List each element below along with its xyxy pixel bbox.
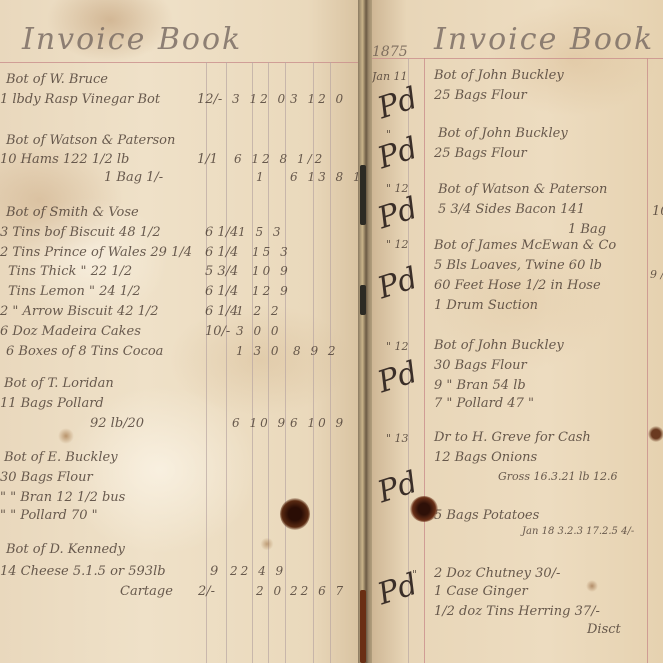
entry-line: Disct xyxy=(587,622,621,637)
entry-line: 92 lb/20 xyxy=(90,416,144,431)
entry-line: 10 Hams 122 1/2 lb xyxy=(0,152,129,167)
entry-rate: 5 3/4 xyxy=(205,264,238,279)
entry-line: 2 Doz Chutney 30/- xyxy=(434,566,560,581)
entry-rate: 6 1/4 xyxy=(205,304,238,319)
entry-heading: Bot of Watson & Paterson xyxy=(6,133,175,148)
column-rule xyxy=(330,62,331,663)
entry-total: 6 13 8 1/2 xyxy=(290,170,362,184)
paid-mark: Pd xyxy=(374,355,422,400)
entry-date: " 13 xyxy=(386,432,409,445)
entry-amount: 12 9 xyxy=(252,284,291,298)
entry-amount: 22 4 9 xyxy=(230,564,286,578)
entry-line: 5 Bags Potatoes xyxy=(434,508,539,523)
entry-line: 1 Drum Suction xyxy=(434,298,538,313)
water-stain xyxy=(58,428,74,444)
entry-heading: Bot of Smith & Vose xyxy=(6,205,139,220)
entry-heading: Bot of D. Kennedy xyxy=(6,542,125,557)
entry-total: 22 6 7 xyxy=(290,584,346,598)
entry-line: 9 " Bran 54 lb xyxy=(434,378,526,393)
entry-heading: Bot of John Buckley xyxy=(434,338,564,353)
entry-line: Tins Lemon " 24 1/2 xyxy=(8,284,141,299)
ink-stain xyxy=(280,498,310,530)
entry-rate: 6 1/4 xyxy=(205,225,238,240)
water-stain xyxy=(260,538,274,550)
entry-line: 1 Case Ginger xyxy=(434,584,528,599)
entry-line: 11 Bags Pollard xyxy=(0,396,104,411)
entry-amount: 9 / 4/6 xyxy=(650,268,663,281)
entry-line: 2 Tins Prince of Wales 29 1/4 xyxy=(0,245,192,260)
entry-line: Gross 16.3.21 lb 12.6 xyxy=(498,470,618,483)
entry-heading: Bot of E. Buckley xyxy=(4,450,118,465)
paid-mark: Pd xyxy=(374,131,422,176)
entry-heading: Bot of John Buckley xyxy=(438,126,568,141)
water-stain xyxy=(586,580,598,592)
binding-damage xyxy=(360,165,366,225)
entry-amount: 15 3 xyxy=(252,245,291,259)
entry-total: 3 12 0 xyxy=(290,92,346,106)
entry-rate: 10/- xyxy=(205,324,230,339)
entry-line: Tins Thick " 22 1/2 xyxy=(8,264,132,279)
entry-date: " 12 xyxy=(386,340,409,353)
entry-heading: Bot of John Buckley xyxy=(434,68,564,83)
entry-amount: 3 0 0 xyxy=(236,324,282,338)
entry-line: 25 Bags Flour xyxy=(434,146,527,161)
binding-damage xyxy=(360,590,366,663)
header-rule xyxy=(0,62,362,63)
header-rule xyxy=(372,58,663,59)
entry-rate: 6 1/4 xyxy=(205,284,238,299)
margin-rule xyxy=(424,58,425,663)
entry-total: 8 9 2 xyxy=(293,344,339,358)
entry-line: 6 Doz Madeira Cakes xyxy=(0,324,141,339)
entry-total: 6 10 9 xyxy=(290,416,346,430)
entry-amount: 1 xyxy=(256,170,267,184)
entry-amount: 3 12 0 xyxy=(232,92,288,106)
paid-mark: Pd xyxy=(374,261,422,306)
entry-line: Cartage xyxy=(120,584,173,599)
entry-line: 60 Feet Hose 1/2 in Hose xyxy=(434,278,601,293)
entry-line: 30 Bags Flour xyxy=(0,470,93,485)
column-rule xyxy=(226,62,227,663)
entry-rate: 6 1/4 xyxy=(205,245,238,260)
left-page: Invoice Book Bot of W. Bruce 1 lbdy Rasp… xyxy=(0,0,362,663)
entry-line: 7 " Pollard 47 " xyxy=(434,396,534,411)
entry-amount: 10 xyxy=(652,204,663,219)
entry-line: 1 lbdy Rasp Vinegar Bot xyxy=(0,92,160,107)
entry-amount: 1 3 0 xyxy=(236,344,282,358)
entry-date: Jan 11 xyxy=(372,70,408,83)
paid-mark: Pd xyxy=(374,81,422,126)
binding-damage xyxy=(360,285,366,315)
entry-heading: Dr to H. Greve for Cash xyxy=(434,430,591,445)
entry-line: 25 Bags Flour xyxy=(434,88,527,103)
right-page-title: Invoice Book xyxy=(434,22,654,57)
entry-line: " " Pollard 70 " xyxy=(0,508,98,523)
entry-amount: 6 12 8 1/2 xyxy=(234,152,325,166)
entry-line: 1 Bag xyxy=(568,222,606,237)
invoice-book-spread: Invoice Book Bot of W. Bruce 1 lbdy Rasp… xyxy=(0,0,663,663)
entry-heading: Bot of T. Loridan xyxy=(4,376,114,391)
paid-mark: Pd xyxy=(374,191,422,236)
entry-amount: 1 5 3 xyxy=(238,225,284,239)
right-page: 1875 Invoice Book Jan 11 Pd Bot of John … xyxy=(372,0,663,663)
amount-column-rule xyxy=(647,58,648,663)
entry-date: " 12 xyxy=(386,238,409,251)
entry-heading: Bot of Watson & Paterson xyxy=(438,182,607,197)
entry-line: 12 Bags Onions xyxy=(434,450,537,465)
entry-heading: Bot of James McEwan & Co xyxy=(434,238,616,253)
ink-stain xyxy=(648,426,663,442)
entry-rate: 12/- xyxy=(197,92,222,107)
entry-line: Jan 18 3.2.3 17.2.5 4/- xyxy=(522,526,634,537)
entry-rate: 2/- xyxy=(198,584,215,599)
entry-line: 1/2 doz Tins Herring 37/- xyxy=(434,604,600,619)
ink-stain xyxy=(410,496,438,522)
entry-line: 14 Cheese 5.1.5 or 593lb xyxy=(0,564,166,579)
entry-line: 1 Bag 1/- xyxy=(104,170,163,185)
entry-amount: 6 10 9 xyxy=(232,416,288,430)
entry-amount: 10 9 xyxy=(252,264,291,278)
entry-line: 5 3/4 Sides Bacon 141 xyxy=(438,202,585,217)
entry-amount: 1 2 2 xyxy=(236,304,282,318)
entry-line: 30 Bags Flour xyxy=(434,358,527,373)
entry-line: 3 Tins bof Biscuit 48 1/2 xyxy=(0,225,161,240)
entry-rate: 9 xyxy=(210,564,218,579)
entry-line: 6 Boxes of 8 Tins Cocoa xyxy=(6,344,163,359)
entry-line: " " Bran 12 1/2 bus xyxy=(0,490,125,505)
entry-line: 2 " Arrow Biscuit 42 1/2 xyxy=(0,304,159,319)
entry-line: 5 Bls Loaves, Twine 60 lb xyxy=(434,258,602,273)
entry-amount: 2 0 xyxy=(256,584,284,598)
entry-rate: 1/1 xyxy=(197,152,218,167)
entry-heading: Bot of W. Bruce xyxy=(6,72,108,87)
left-page-title: Invoice Book xyxy=(22,22,242,57)
